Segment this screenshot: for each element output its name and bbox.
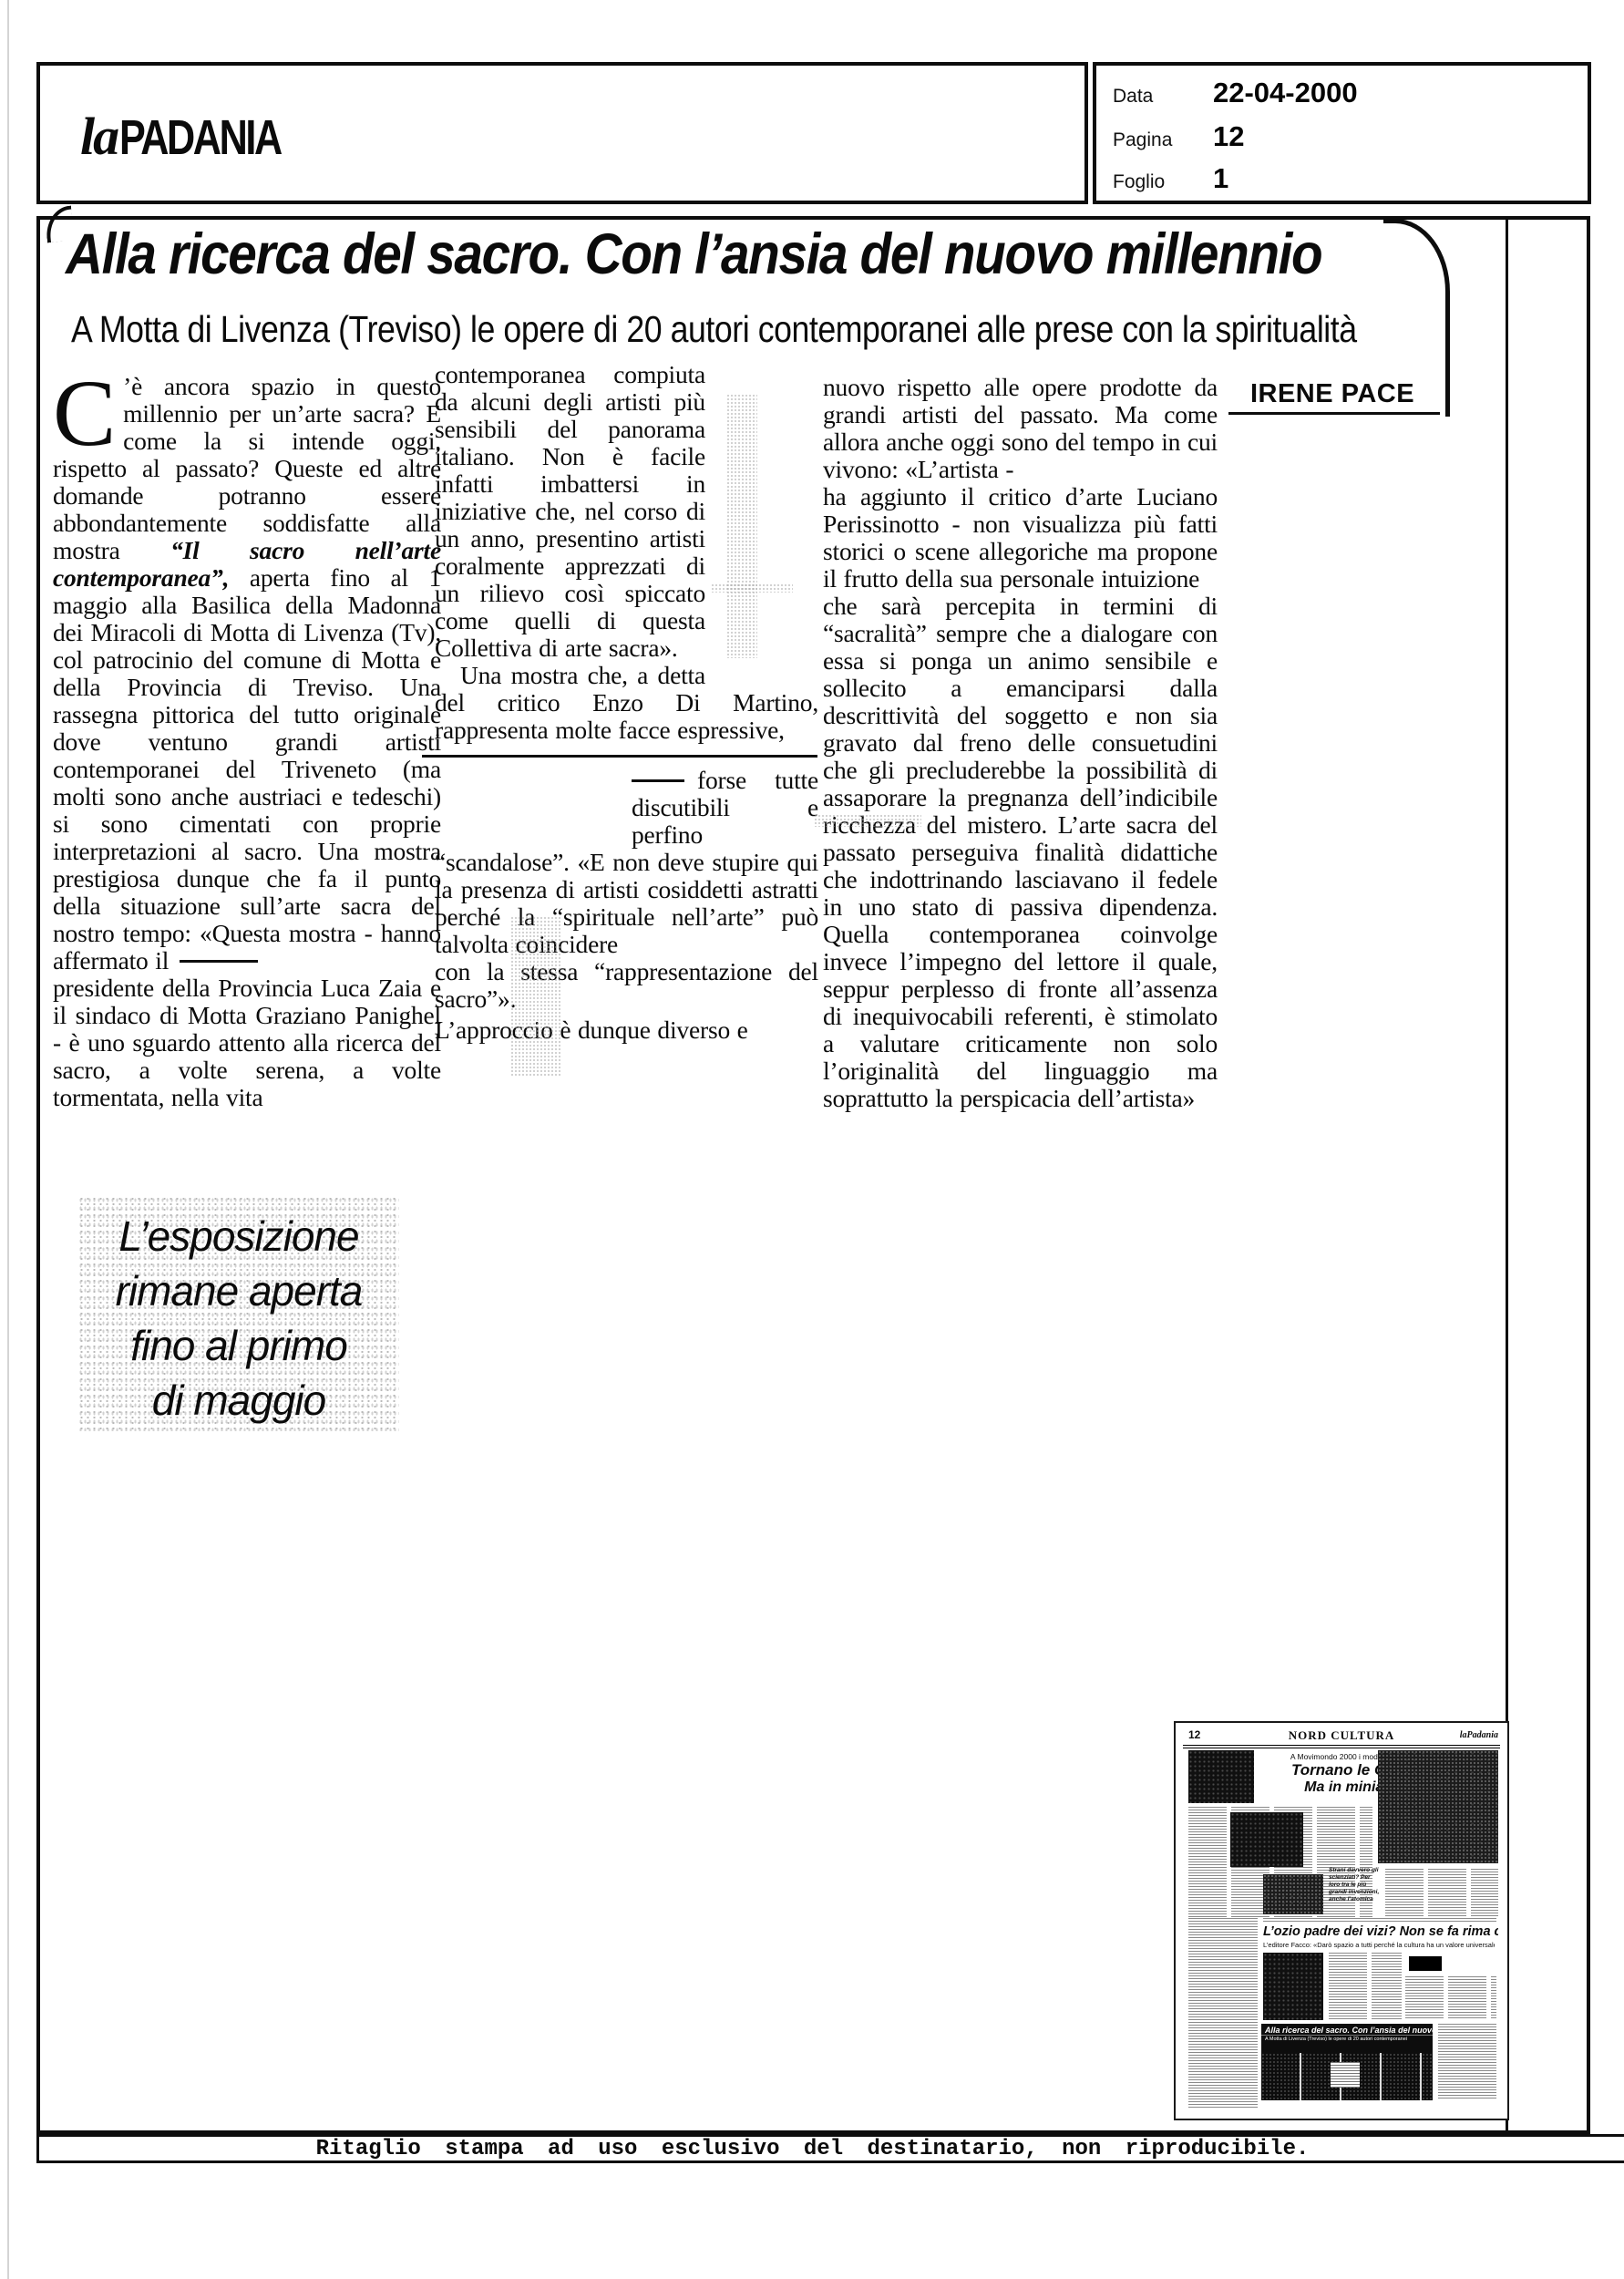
col3-text-b: ha aggiunto il critico d’arte Luciano Pe…: [823, 483, 1218, 593]
col3-text-c: che sarà percepita in termini di “sacral…: [823, 593, 1218, 1112]
logo-la: la: [80, 107, 118, 166]
thumb-body-text: [1329, 1953, 1402, 2020]
page-value: 12: [1213, 120, 1244, 153]
col2-text-d: con la stessa “rappresentazione del sacr…: [435, 958, 818, 1013]
thumb-photo-tiny: [1409, 1956, 1442, 1971]
section-rule: [422, 755, 817, 758]
thumb-subhead-2: L’editore Facco: «Darò spazio a tutti pe…: [1263, 1942, 1495, 1949]
thumb-left-column-text: [1188, 1918, 1258, 2109]
thumb-church-image: [1378, 1750, 1498, 1863]
thumb-starfield-image: [1230, 1812, 1303, 1867]
thumb-book-cover-image: [1263, 1953, 1323, 2020]
date-value: 22-04-2000: [1213, 77, 1358, 109]
col2-text-e: L’approccio è dunque diverso e: [435, 1016, 818, 1044]
thumb-masthead: laPadania: [1460, 1730, 1498, 1740]
date-label: Data: [1113, 86, 1153, 108]
thumb-body-text: [1385, 1869, 1498, 1916]
pull-quote-line: rimane aperta: [78, 1263, 399, 1318]
article-headline: Alla ricerca del sacro. Con l’ansia del …: [66, 222, 1321, 287]
pull-quote-line: di maggio: [78, 1373, 399, 1428]
thumb-headline-2: L’ozio padre dei vizi? Non se fa rima co…: [1263, 1924, 1498, 1939]
thumb-right-column-text: [1438, 2024, 1496, 2100]
article-column-3: nuovo rispetto alle opere prodotte da gr…: [823, 374, 1218, 1112]
thumb-highlight-pullquote: [1331, 2062, 1360, 2088]
thumb-highlighted-article: Alla ricerca del sacro. Con l’ansia del …: [1261, 2024, 1433, 2100]
scan-noise: [510, 916, 560, 1076]
source-page-thumbnail: 12 NORD CULTURA laPadania A Movimondo 20…: [1174, 1721, 1509, 2120]
thumb-photo-small: [1263, 1874, 1323, 1914]
col1-text-mid: aperta fino al 1 maggio alla Basilica de…: [53, 563, 441, 975]
thumb-section-title: NORD CULTURA: [1176, 1728, 1507, 1743]
thumb-header-rule: [1183, 1745, 1500, 1748]
sheet-label: Foglio: [1113, 171, 1165, 193]
thumb-side-box: Strani davvero gli scienziati? Per loro …: [1329, 1867, 1382, 1914]
redaction-rule: [180, 960, 258, 963]
article-column-1: C’è ancora spazio in questo millennio pe…: [53, 373, 441, 1111]
pull-quote-line: fino al primo: [78, 1318, 399, 1373]
copyright-text: Ritaglio stampa ad uso esclusivo del des…: [316, 2137, 1310, 2161]
thumb-highlight-subtitle: A Motta di Livenza (Treviso) le opere di…: [1261, 2035, 1433, 2043]
drop-cap: C: [53, 373, 123, 451]
pull-quote-line: L’esposizione: [78, 1209, 399, 1263]
article-column-2: contemporanea compiuta da alcuni degli a…: [435, 361, 818, 1044]
scan-edge-artifact: [7, 0, 9, 2279]
press-clipping-page: laPADANIA Data 22-04-2000 Pagina 12 Fogl…: [0, 0, 1624, 2279]
clipping-info-box: Data 22-04-2000 Pagina 12 Foglio 1: [1093, 62, 1591, 204]
copyright-strip: Ritaglio stampa ad uso esclusivo del des…: [36, 2134, 1624, 2163]
col1-text-tail: presidente della Provincia Luca Zaia e i…: [53, 975, 441, 1111]
article-subtitle: A Motta di Livenza (Treviso) le opere di…: [71, 308, 1357, 351]
thumb-body-text: [1405, 1976, 1496, 2020]
sheet-value: 1: [1213, 162, 1228, 195]
scan-noise: [711, 583, 793, 593]
thumb-battle-image: [1188, 1750, 1254, 1803]
col3-text-a: nuovo rispetto alle opere prodotte da gr…: [823, 374, 1218, 483]
scan-noise: [814, 814, 921, 827]
pull-quote: L’esposizione rimane aperta fino al prim…: [78, 1196, 399, 1431]
byline-rule: [1228, 412, 1440, 415]
image-cutout-spacer: [705, 361, 818, 682]
newspaper-logo: laPADANIA: [80, 106, 321, 167]
thumb-kicker-2-line: [1263, 1918, 1496, 1923]
byline: IRENE PACE: [1223, 379, 1442, 409]
masthead-box: laPADANIA: [36, 62, 1088, 204]
page-label: Pagina: [1113, 129, 1172, 151]
logo-padania: PADANIA: [119, 109, 281, 166]
scan-noise: [726, 394, 757, 658]
quote-dash-rule: [632, 779, 684, 782]
thumb-highlight-title: Alla ricerca del sacro. Con l’ansia del …: [1261, 2024, 1433, 2035]
quote-cutout-spacer: [435, 767, 632, 823]
